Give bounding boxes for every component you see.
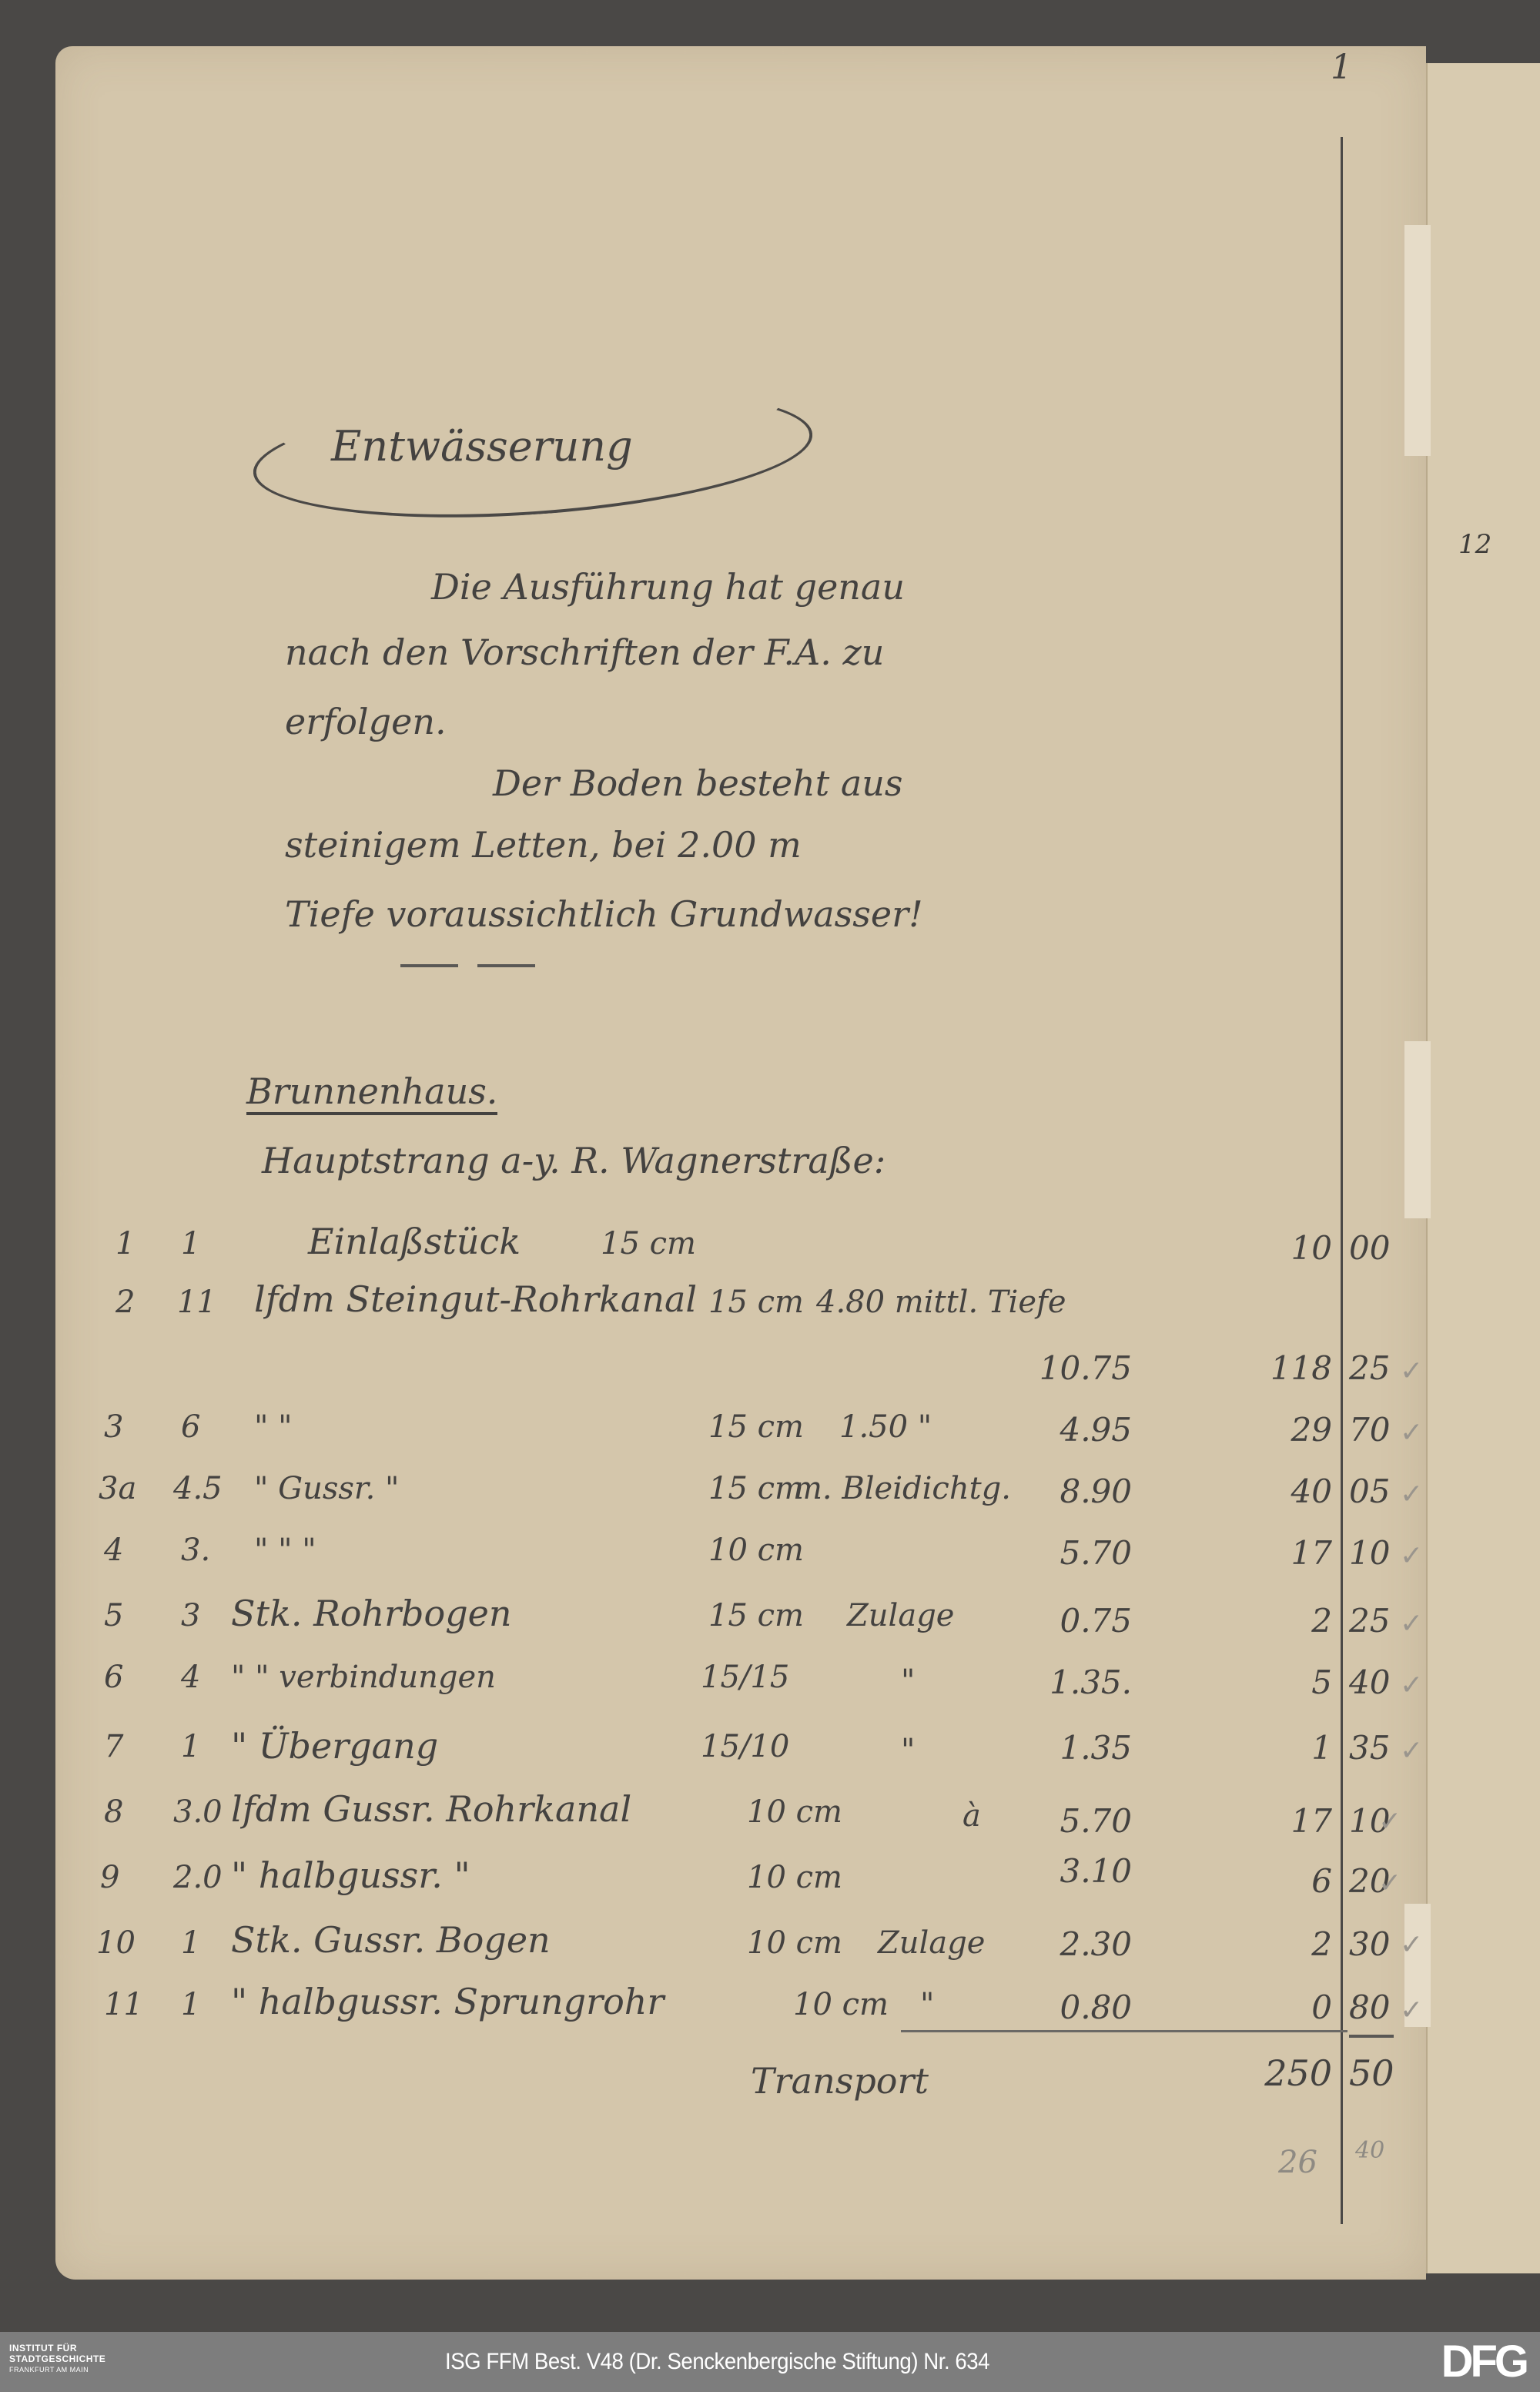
row-note: Zulage — [878, 1925, 985, 1961]
total-amount-mark: 250 — [1232, 2052, 1332, 2094]
check-mark-icon: ✓ — [1400, 1995, 1423, 2026]
row-size: 15 cm — [708, 1471, 804, 1506]
row-size: 10 cm — [708, 1533, 804, 1568]
archive-footer-bar: INSTITUT FÜR STADTGESCHICHTE FRANKFURT A… — [0, 2332, 1540, 2392]
row-position: 6 — [104, 1660, 123, 1695]
row-unit-price: 4.95 — [1024, 1411, 1132, 1449]
row-quantity: 1 — [181, 1925, 200, 1961]
row-unit-price: 0.80 — [1024, 1988, 1132, 2026]
check-mark-icon: ✓ — [1378, 1806, 1401, 1838]
row-amount-mark: 2 — [1232, 1602, 1332, 1640]
row-quantity: 3.0 — [173, 1794, 223, 1830]
row-description: " Gussr. " — [254, 1471, 399, 1506]
total-amount-pf: 50 — [1349, 2052, 1418, 2094]
amount-column-rule — [1341, 137, 1343, 2224]
row-position: 1 — [115, 1226, 135, 1261]
row-position: 2 — [115, 1285, 135, 1320]
row-position: 7 — [104, 1729, 123, 1764]
row-note: 1.50 " — [839, 1409, 932, 1445]
row-description: " halbgussr. " — [231, 1854, 470, 1896]
row-size: 10 cm — [793, 1987, 889, 2022]
adjacent-page-edge: 12 — [1426, 63, 1540, 2273]
adjacent-page-mark: 12 — [1458, 529, 1491, 560]
intro-line: nach den Vorschriften der F.A. zu — [285, 632, 884, 673]
row-position: 4 — [104, 1533, 123, 1568]
row-amount-mark: 5 — [1232, 1663, 1332, 1701]
row-note: " — [901, 1663, 915, 1699]
intro-line: steinigem Letten, bei 2.00 m — [285, 824, 802, 866]
row-note: " — [901, 1733, 915, 1768]
check-mark-icon: ✓ — [1378, 1868, 1401, 1899]
row-note: 4.80 mittl. Tiefe — [816, 1285, 1066, 1320]
row-position: 11 — [104, 1987, 143, 2022]
dfg-logo: DFG — [1441, 2340, 1526, 2384]
row-quantity: 11 — [177, 1285, 216, 1320]
row-description: lfdm Gussr. Rohrkanal — [231, 1788, 631, 1830]
archive-signature: ISG FFM Best. V48 (Dr. Senckenbergische … — [445, 2349, 989, 2375]
paper-tab — [1404, 1041, 1431, 1218]
row-size: 15/10 — [701, 1729, 789, 1764]
pencil-note-pf: 40 — [1355, 2137, 1384, 2164]
row-amount-mark: 1 — [1232, 1729, 1332, 1767]
intro-line: Tiefe voraussichtlich Grundwasser! — [285, 893, 923, 935]
row-quantity: 3 — [181, 1598, 200, 1633]
row-size: 10 cm — [747, 1794, 842, 1830]
row-note: " — [920, 1987, 934, 2022]
row-size: 10 cm — [747, 1925, 842, 1961]
row-unit-price: 8.90 — [1024, 1472, 1132, 1510]
row-position: 9 — [100, 1860, 119, 1895]
row-description: Einlaßstück — [308, 1221, 521, 1262]
subsection-title: Hauptstrang a-y. R. Wagnerstraße: — [262, 1140, 885, 1181]
row-position: 10 — [96, 1925, 136, 1961]
row-amount-mark: 17 — [1232, 1534, 1332, 1572]
row-amount-mark: 118 — [1232, 1349, 1332, 1387]
row-unit-price: 2.30 — [1024, 1925, 1132, 1963]
row-description: lfdm Steingut-Rohrkanal — [254, 1278, 697, 1320]
row-size: 15 cm — [708, 1598, 804, 1633]
row-description: Stk. Gussr. Bogen — [231, 1919, 551, 1961]
row-amount-mark: 2 — [1232, 1925, 1332, 1963]
row-unit-price: 5.70 — [1024, 1802, 1132, 1840]
sum-rule — [901, 2030, 1347, 2032]
sum-rule — [1349, 2035, 1394, 2038]
row-note: Zulage — [847, 1598, 954, 1633]
row-amount-mark: 17 — [1232, 1802, 1332, 1840]
section-title: Brunnenhaus. — [246, 1070, 497, 1115]
transport-label: Transport — [751, 2060, 929, 2102]
row-position: 5 — [104, 1598, 123, 1633]
pencil-note-mark: 26 — [1278, 2145, 1317, 2180]
row-amount-mark: 40 — [1232, 1472, 1332, 1510]
row-quantity: 3. — [181, 1533, 210, 1568]
row-description: " halbgussr. Sprungrohr — [231, 1981, 664, 2022]
institution-name-line: INSTITUT FÜR — [9, 2343, 105, 2353]
row-quantity: 4 — [181, 1660, 200, 1695]
row-amount-pf: 00 — [1349, 1229, 1418, 1267]
row-position: 3a — [99, 1471, 136, 1506]
row-size: 15 cm — [708, 1285, 804, 1320]
row-unit-price: 5.70 — [1024, 1534, 1132, 1572]
row-unit-price: 3.10 — [1024, 1852, 1132, 1890]
row-amount-mark: 6 — [1232, 1862, 1332, 1900]
intro-line: Der Boden besteht aus — [493, 762, 903, 804]
row-amount-mark: 29 — [1232, 1411, 1332, 1449]
divider-dash — [477, 964, 535, 967]
intro-line: erfolgen. — [285, 701, 447, 742]
row-size: 15 cm — [708, 1409, 804, 1445]
institution-logo: INSTITUT FÜR STADTGESCHICHTE FRANKFURT A… — [9, 2343, 105, 2375]
row-quantity: 6 — [181, 1409, 200, 1445]
row-description: " " " — [254, 1533, 316, 1568]
heading: Entwässerung — [331, 422, 633, 471]
row-description: Stk. Rohrbogen — [231, 1593, 512, 1634]
check-mark-icon: ✓ — [1400, 1355, 1423, 1387]
row-unit-price: 0.75 — [1024, 1602, 1132, 1640]
page-number-mark: 1 — [1331, 48, 1352, 87]
institution-city: FRANKFURT AM MAIN — [9, 2364, 105, 2375]
paper-tab — [1404, 225, 1431, 456]
check-mark-icon: ✓ — [1400, 1417, 1423, 1449]
row-quantity: 1 — [181, 1987, 200, 2022]
row-size: 15 cm — [601, 1226, 696, 1261]
row-quantity: 1 — [181, 1729, 200, 1764]
row-note: m. Bleidichtg. — [793, 1471, 1011, 1506]
row-position: 3 — [104, 1409, 123, 1445]
row-note: à — [962, 1798, 981, 1834]
row-quantity: 4.5 — [173, 1471, 223, 1506]
row-unit-price: 10.75 — [1024, 1349, 1132, 1387]
row-amount-mark: 0 — [1232, 1988, 1332, 2026]
row-quantity: 1 — [181, 1226, 200, 1261]
row-unit-price: 1.35 — [1024, 1729, 1132, 1767]
check-mark-icon: ✓ — [1400, 1735, 1423, 1767]
row-amount-mark: 10 — [1232, 1229, 1332, 1267]
divider-dash — [400, 964, 458, 967]
row-description: " " verbindungen — [231, 1660, 496, 1695]
row-description: " Übergang — [231, 1725, 438, 1767]
institution-name-line: STADTGESCHICHTE — [9, 2353, 105, 2364]
row-position: 8 — [104, 1794, 123, 1830]
check-mark-icon: ✓ — [1400, 1479, 1423, 1510]
row-size: 15/15 — [701, 1660, 789, 1695]
row-quantity: 2.0 — [173, 1860, 223, 1895]
check-mark-icon: ✓ — [1400, 1608, 1423, 1640]
check-mark-icon: ✓ — [1400, 1929, 1423, 1961]
check-mark-icon: ✓ — [1400, 1670, 1423, 1701]
row-description: " " — [254, 1409, 293, 1445]
intro-line: Die Ausführung hat genau — [431, 566, 905, 608]
row-unit-price: 1.35. — [1024, 1663, 1132, 1701]
row-size: 10 cm — [747, 1860, 842, 1895]
check-mark-icon: ✓ — [1400, 1540, 1423, 1572]
